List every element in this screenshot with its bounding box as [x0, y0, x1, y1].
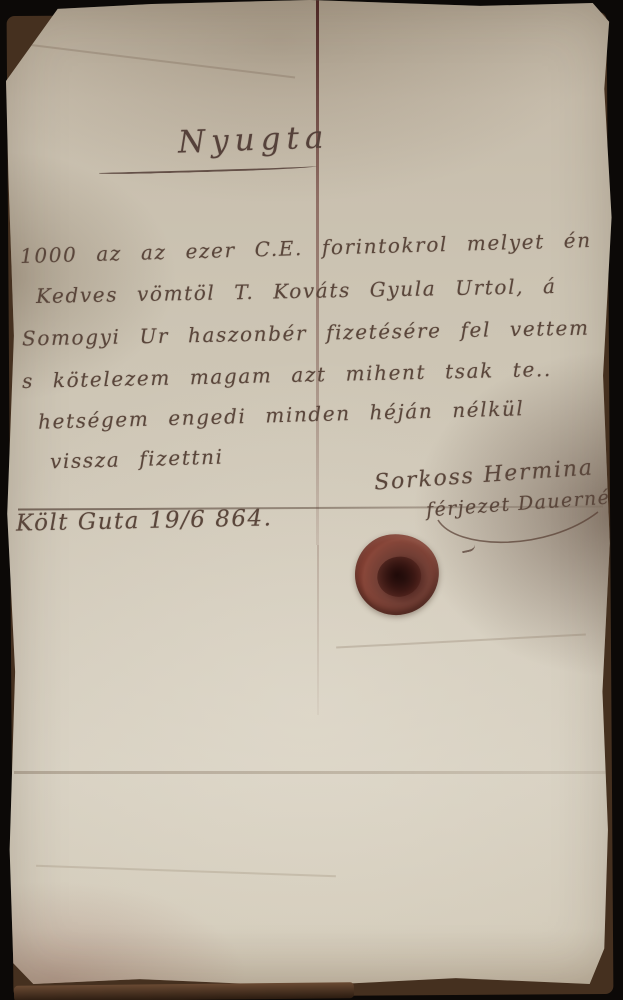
paper-bottom-edge: [14, 982, 354, 1000]
body-line-6: vissza fizettni: [50, 445, 224, 474]
body-line-4: s kötelezem magam azt mihent tsak te..: [22, 357, 552, 393]
body-line-5: hetségem engedi minden héján nélkül: [38, 396, 525, 434]
title-underline-flourish: [99, 164, 317, 175]
body-line-3: Somogyi Ur haszonbér fizetésére fel vett…: [22, 316, 590, 351]
paper-wrinkle: [27, 44, 295, 79]
body-line-1: 1000 az az ezer C.E. forintokrol melyet …: [20, 228, 592, 268]
date-line: Költ Guta 19/6 864.: [16, 505, 273, 536]
document-title: Nyugta: [177, 119, 330, 160]
document-paper: Nyugta 1000 az az ezer C.E. forintokrol …: [6, 0, 614, 988]
photo-background: Nyugta 1000 az az ezer C.E. forintokrol …: [0, 0, 623, 1000]
paper-wrinkle: [336, 633, 586, 648]
body-line-2: Kedves vömtöl T. Kováts Gyula Urtol, á: [36, 274, 557, 308]
horizontal-fold-crease-lower: [14, 771, 614, 774]
red-wax-seal: [351, 530, 443, 619]
vertical-fold-crease: [316, 0, 319, 545]
vertical-fold-crease-faint: [317, 545, 319, 715]
paper-wrinkle: [36, 865, 336, 877]
